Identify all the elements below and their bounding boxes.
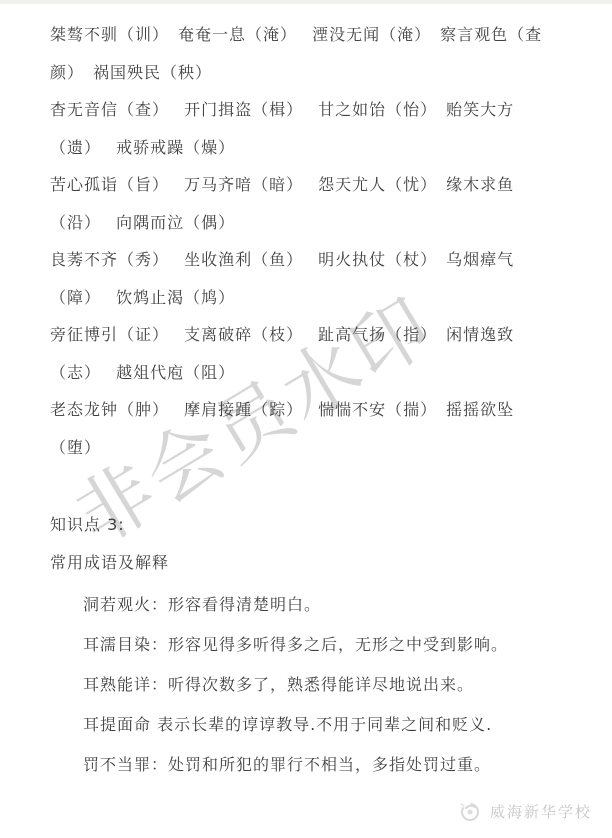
idiom-line: （遗） 戒骄戒躁（燥） [50,129,594,167]
document-content: 桀骜不驯（训） 奄奄一息（淹） 湮没无闻（淹） 察言观色（查 颜） 祸国殃民（秧… [0,0,612,838]
idiom-line: （堕） [50,429,594,467]
section-subheading: 常用成语及解释 [50,544,594,582]
idiom-line: （志） 越俎代庖（阻） [50,354,594,392]
idiom-line: 良莠不齐（秀） 坐收渔利（鱼） 明火执仗（杖） 乌烟瘴气 [50,241,594,279]
section-heading: 知识点 3: [50,506,594,544]
explanation-line: 罚不当罪：处罚和所犯的罪行不相当，多指处罚过重。 [83,745,594,785]
school-emblem-icon [457,798,483,824]
idiom-line: 老态龙钟（肿） 摩肩接踵（踪） 惴惴不安（揣） 摇摇欲坠 [50,391,594,429]
explanation-line: 耳熟能详：听得次数多了，熟悉得能详尽地说出来。 [83,665,594,705]
footer: 威海新华学校 [457,798,592,824]
idiom-line: 苦心孤诣（旨） 万马齐喑（暗） 怨天尤人（忧） 缘木求鱼 [50,166,594,204]
explanation-line: 耳濡目染：形容见得多听得多之后，无形之中受到影响。 [83,625,594,665]
idiom-line: 旁征博引（证） 支离破碎（枝） 趾高气扬（指） 闲情逸致 [50,316,594,354]
school-name: 威海新华学校 [490,801,592,822]
explanation-list: 洞若观火：形容看得清楚明白。 耳濡目染：形容见得多听得多之后，无形之中受到影响。… [83,585,594,785]
idiom-line: 桀骜不驯（训） 奄奄一息（淹） 湮没无闻（淹） 察言观色（查 [50,16,594,54]
page: 非会员水印 桀骜不驯（训） 奄奄一息（淹） 湮没无闻（淹） 察言观色（查 颜） … [0,0,612,838]
explanation-line: 洞若观火：形容看得清楚明白。 [83,585,594,625]
idiom-line: 颜） 祸国殃民（秧） [50,54,594,92]
idiom-line: （沿） 向隅而泣（偶） [50,204,594,242]
idiom-line: （障） 饮鸩止渴（鸠） [50,279,594,317]
idiom-line: 杳无音信（查） 开门揖盗（楫） 甘之如饴（怡） 贻笑大方 [50,91,594,129]
explanation-line: 耳提面命 表示长辈的谆谆教导.不用于同辈之间和贬义. [83,705,594,745]
